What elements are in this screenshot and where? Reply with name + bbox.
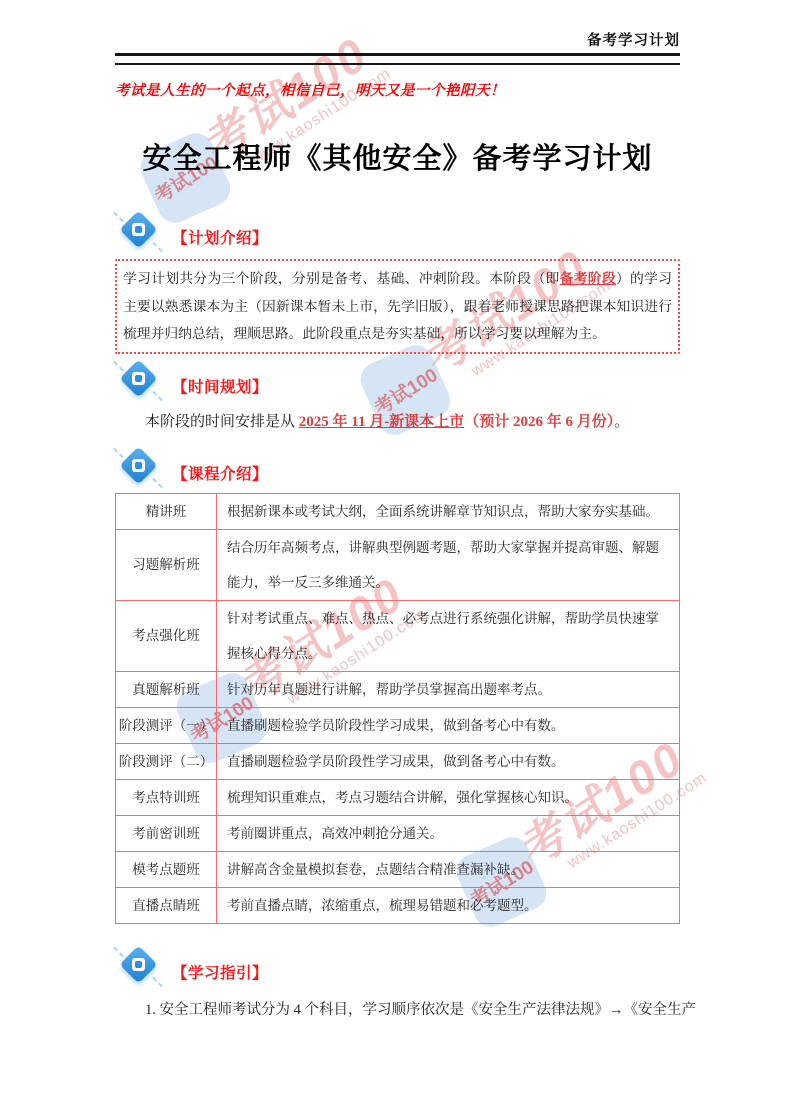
section-diamond-icon [115, 207, 163, 255]
date-range-link[interactable]: 2025 年 11 月-新课本上市 [299, 414, 464, 430]
document-glyph [132, 958, 145, 971]
course-desc-cell: 根据新课本或考试大纲，全面系统讲解章节知识点，帮助大家夯实基础。 [217, 493, 680, 529]
header-rule [115, 53, 680, 65]
icon-dash-decoration [152, 976, 163, 987]
header-title: 备考学习计划 [115, 29, 680, 50]
motto-line: 考试是人生的一个起点，相信自己，明天又是一个艳阳天！ [115, 79, 680, 100]
document-glyph [132, 372, 145, 385]
course-row: 模考点题班讲解高含金量模拟套卷，点题结合精准查漏补缺。 [116, 851, 680, 887]
course-name-cell: 阶段测评（一） [116, 707, 217, 743]
course-row: 精讲班根据新课本或考试大纲，全面系统讲解章节知识点，帮助大家夯实基础。 [116, 493, 680, 529]
section-label-plan: 【计划介绍】 [172, 226, 268, 248]
course-desc-cell: 针对历年真题进行讲解，帮助学员掌握高出题率考点。 [217, 671, 680, 707]
course-name-cell: 考点强化班 [116, 600, 217, 671]
course-row: 真题解析班针对历年真题进行讲解，帮助学员掌握高出题率考点。 [116, 671, 680, 707]
icon-dash-decoration [152, 477, 163, 488]
course-desc-cell: 直播刷题检验学员阶段性学习成果，做到备考心中有数。 [217, 743, 680, 779]
section-diamond-icon [115, 942, 163, 990]
course-name-cell: 考点特训班 [116, 779, 217, 815]
course-row: 阶段测评（一）直播刷题检验学员阶段性学习成果，做到备考心中有数。 [116, 707, 680, 743]
section-diamond-icon [115, 356, 163, 404]
section-label-time: 【时间规划】 [172, 375, 268, 397]
section-label-course: 【课程介绍】 [172, 462, 268, 484]
section-heading-guide: 【学习指引】 [115, 942, 680, 990]
document-glyph [132, 459, 145, 472]
document-glyph [132, 223, 145, 236]
icon-dash-decoration [152, 390, 163, 401]
time-suffix: 。 [614, 414, 629, 430]
course-name-cell: 真题解析班 [116, 671, 217, 707]
icon-dash-decoration [113, 447, 124, 458]
course-desc-cell: 考前圈讲重点，高效冲刺抢分通关。 [217, 815, 680, 851]
plan-text-before: 学习计划共分为三个阶段，分别是备考、基础、冲刺阶段。本阶段（即 [123, 271, 560, 286]
document-title: 安全工程师《其他安全》备考学习计划 [115, 136, 680, 177]
course-desc-cell: 直播刷题检验学员阶段性学习成果，做到备考心中有数。 [217, 707, 680, 743]
time-plan-line: 本阶段的时间安排是从 2025 年 11 月-新课本上市（预计 2026 年 6… [115, 410, 680, 431]
course-row: 阶段测评（二）直播刷题检验学员阶段性学习成果，做到备考心中有数。 [116, 743, 680, 779]
stage-highlight-link[interactable]: 备考阶段 [560, 271, 616, 286]
icon-dash-decoration [113, 360, 124, 371]
course-table: 精讲班根据新课本或考试大纲，全面系统讲解章节知识点，帮助大家夯实基础。习题解析班… [115, 493, 680, 924]
course-desc-cell: 讲解高含金量模拟套卷，点题结合精准查漏补缺。 [217, 851, 680, 887]
course-name-cell: 直播点睛班 [116, 887, 217, 923]
course-desc-cell: 梳理知识重难点，考点习题结合讲解，强化掌握核心知识。 [217, 779, 680, 815]
section-label-guide: 【学习指引】 [172, 961, 268, 983]
course-name-cell: 习题解析班 [116, 529, 217, 600]
course-name-cell: 阶段测评（二） [116, 743, 217, 779]
course-row: 习题解析班结合历年高频考点，讲解典型例题考题，帮助大家掌握并提高审题、解题能力，… [116, 529, 680, 600]
date-estimate: （预计 2026 年 6 月份） [464, 414, 614, 430]
icon-dash-decoration [152, 242, 163, 253]
guide-paragraph: 1. 安全工程师考试分为 4 个科目，学习顺序依次是《安全生产法律法规》→《安全… [115, 998, 680, 1019]
document-page: 考试100 考试100 www.kaoshi100.com 考试100 考试10… [0, 0, 794, 1098]
course-row: 直播点睛班考前直播点睛，浓缩重点，梳理易错题和必考题型。 [116, 887, 680, 923]
section-diamond-icon [115, 443, 163, 491]
icon-dash-decoration [113, 212, 124, 223]
time-prefix: 本阶段的时间安排是从 [145, 414, 299, 430]
course-row: 考点强化班针对考试重点、难点、热点、必考点进行系统强化讲解，帮助学员快速掌握核心… [116, 600, 680, 671]
course-table-body: 精讲班根据新课本或考试大纲，全面系统讲解章节知识点，帮助大家夯实基础。习题解析班… [116, 493, 680, 923]
course-desc-cell: 针对考试重点、难点、热点、必考点进行系统强化讲解，帮助学员快速掌握核心得分点。 [217, 600, 680, 671]
page-header: 备考学习计划 [115, 0, 680, 65]
course-row: 考前密训班考前圈讲重点，高效冲刺抢分通关。 [116, 815, 680, 851]
section-heading-course: 【课程介绍】 [115, 443, 680, 491]
icon-dash-decoration [113, 946, 124, 957]
section-heading-plan: 【计划介绍】 [115, 207, 680, 255]
plan-intro-box: 学习计划共分为三个阶段，分别是备考、基础、冲刺阶段。本阶段（即备考阶段）的学习主… [115, 259, 680, 354]
course-name-cell: 精讲班 [116, 493, 217, 529]
course-desc-cell: 结合历年高频考点，讲解典型例题考题，帮助大家掌握并提高审题、解题能力，举一反三多… [217, 529, 680, 600]
section-heading-time: 【时间规划】 [115, 356, 680, 404]
course-name-cell: 模考点题班 [116, 851, 217, 887]
course-name-cell: 考前密训班 [116, 815, 217, 851]
course-desc-cell: 考前直播点睛，浓缩重点，梳理易错题和必考题型。 [217, 887, 680, 923]
course-row: 考点特训班梳理知识重难点，考点习题结合讲解，强化掌握核心知识。 [116, 779, 680, 815]
document-content: 备考学习计划 考试是人生的一个起点，相信自己，明天又是一个艳阳天！ 安全工程师《… [0, 0, 794, 1019]
